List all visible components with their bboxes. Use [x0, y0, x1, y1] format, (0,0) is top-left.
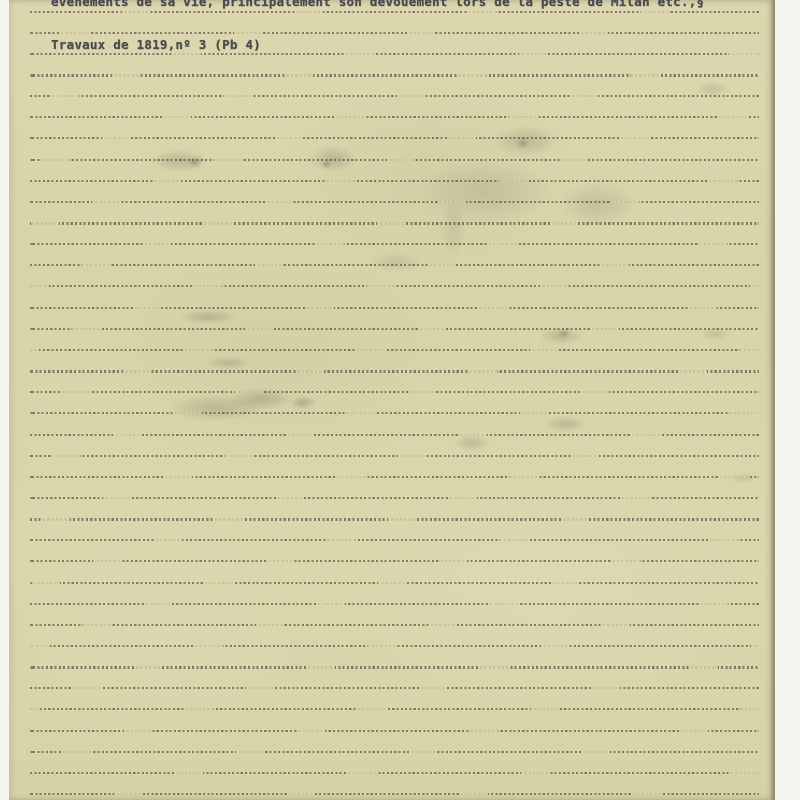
paper-stain: [322, 160, 331, 168]
paper-stain: [516, 139, 529, 148]
ruled-line: [30, 53, 759, 55]
ruled-line: [30, 560, 759, 562]
ruled-line: [30, 74, 759, 77]
ruled-line: [30, 751, 759, 753]
paper-stain: [540, 328, 582, 344]
paper-stain: [170, 395, 262, 421]
ruled-line: [30, 307, 759, 309]
typed-line-travaux: Travaux de 1819,nº 3 (Pb 4): [51, 39, 261, 51]
ruled-line: [30, 116, 759, 118]
paper-stain: [455, 435, 489, 451]
scanned-document: événements de sa vie, principalement son…: [0, 0, 800, 800]
paper-stain: [560, 182, 636, 226]
paper-stain: [440, 200, 466, 258]
ruled-line: [30, 264, 759, 266]
ruled-line: [30, 201, 759, 203]
ruled-line: [30, 603, 759, 605]
ruled-line: [30, 137, 759, 139]
paper-stain: [695, 82, 729, 96]
paper-stain: [495, 126, 557, 156]
paper-stain: [420, 160, 550, 224]
ruled-line: [30, 11, 759, 13]
paper-right-edge: [771, 0, 775, 800]
paper-stain: [290, 396, 316, 409]
ruled-line: [30, 391, 759, 393]
ruled-line: [30, 243, 759, 245]
ruled-line: [30, 328, 759, 330]
ruled-line: [30, 180, 759, 182]
ruled-line: [30, 285, 759, 287]
ruled-line: [30, 370, 759, 373]
document-page: événements de sa vie, principalement son…: [9, 0, 775, 800]
ruled-line: [30, 32, 759, 34]
ruled-line: [30, 772, 759, 774]
ruled-line: [30, 159, 759, 161]
paper-stain: [150, 150, 210, 172]
ruled-line: [30, 455, 759, 457]
ruled-line: [30, 624, 759, 626]
ruled-line: [30, 793, 759, 795]
paper-stain: [205, 357, 251, 369]
ruled-line: [30, 349, 759, 351]
ruled-line: [30, 645, 759, 647]
paper-stain: [558, 329, 570, 338]
ruled-line: [30, 518, 759, 521]
paper-stain: [700, 328, 730, 340]
paper-stain: [180, 310, 236, 324]
ruled-line: [30, 497, 759, 499]
ruled-line: [30, 539, 759, 541]
ruled-line: [30, 708, 759, 710]
ruled-line: [30, 582, 759, 584]
paper-stain: [545, 416, 587, 432]
ruled-line: [30, 666, 759, 669]
typed-line-evenements: événements de sa vie, principalement son…: [51, 0, 704, 8]
ruled-line: [30, 222, 759, 225]
paper-stain: [730, 473, 756, 483]
ruled-line: [30, 412, 759, 414]
ruled-line: [30, 687, 759, 689]
ruled-line: [30, 476, 759, 478]
paper-stain: [370, 252, 422, 272]
ruled-line: [30, 730, 759, 732]
ruled-line: [30, 95, 759, 97]
ruled-line: [30, 434, 759, 436]
